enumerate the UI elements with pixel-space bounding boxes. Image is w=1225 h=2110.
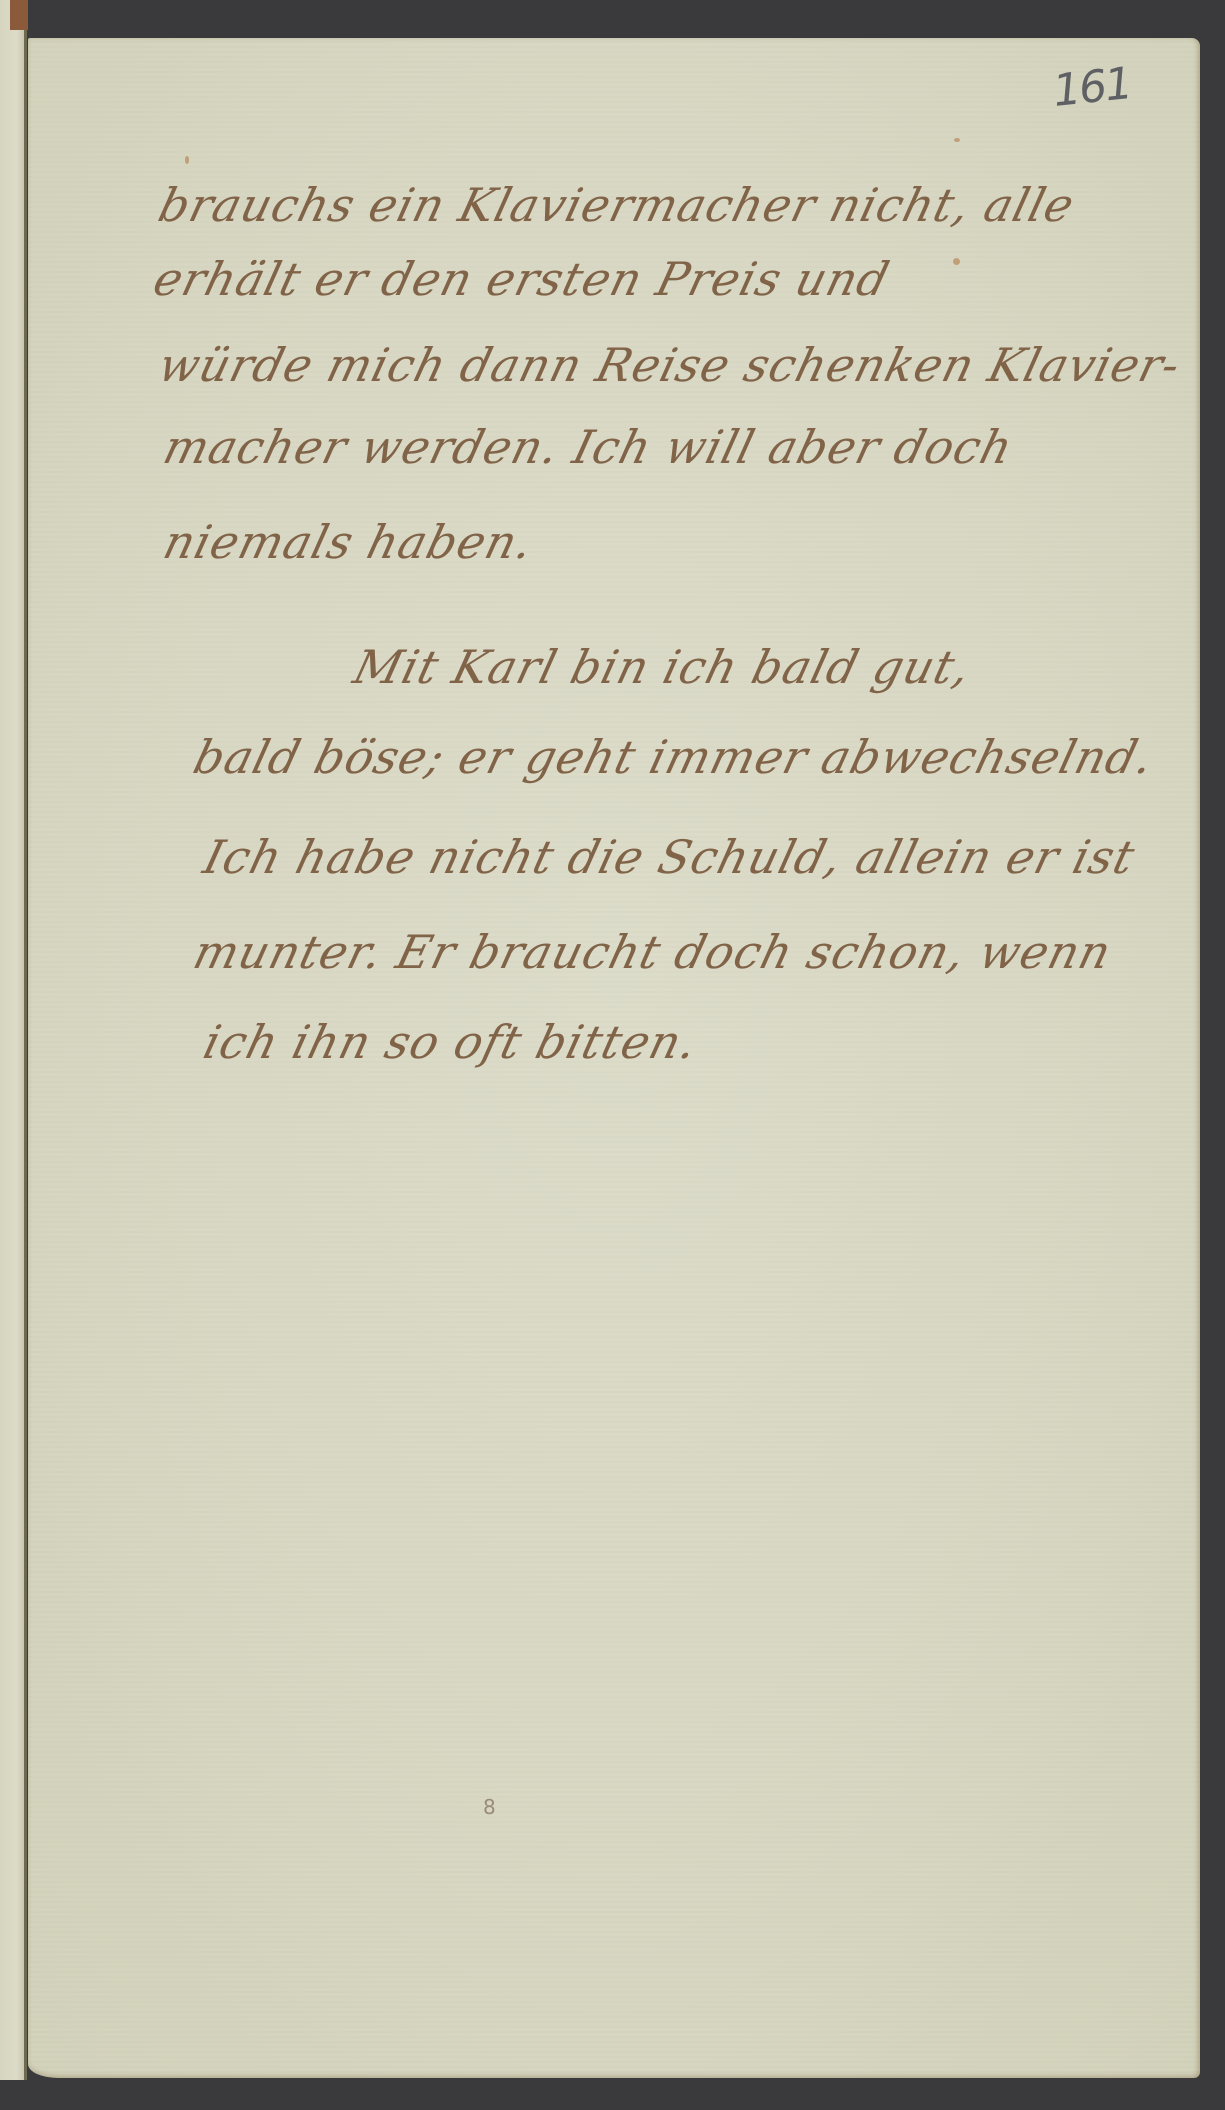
manuscript-line: brauchs ein Klaviermacher nicht, alle bbox=[153, 178, 1080, 232]
previous-leaf-edge bbox=[0, 0, 27, 2080]
folio-number: 161 bbox=[1051, 58, 1134, 117]
paper-stain bbox=[954, 138, 960, 142]
manuscript-line: bald böse; er geht immer abwechselnd. bbox=[188, 730, 1159, 784]
manuscript-line: würde mich dann Reise schenken Klavier- bbox=[153, 338, 1186, 392]
binding-tab bbox=[10, 0, 28, 30]
manuscript-line: erhält er den ersten Preis und bbox=[148, 252, 895, 306]
manuscript-line: macher werden. Ich will aber doch bbox=[158, 420, 1018, 474]
manuscript-line: niemals haben. bbox=[158, 515, 539, 569]
manuscript-line: Mit Karl bin ich bald gut, bbox=[348, 640, 976, 694]
manuscript-line: Ich habe nicht die Schuld, allein er ist bbox=[198, 830, 1140, 884]
manuscript-line: ich ihn so oft bitten. bbox=[198, 1015, 703, 1069]
paper-stain bbox=[185, 156, 189, 164]
ink-spot bbox=[953, 258, 960, 265]
manuscript-line: munter. Er braucht doch schon, wenn bbox=[188, 925, 1117, 979]
pencil-mark: 8 bbox=[483, 1795, 496, 1819]
